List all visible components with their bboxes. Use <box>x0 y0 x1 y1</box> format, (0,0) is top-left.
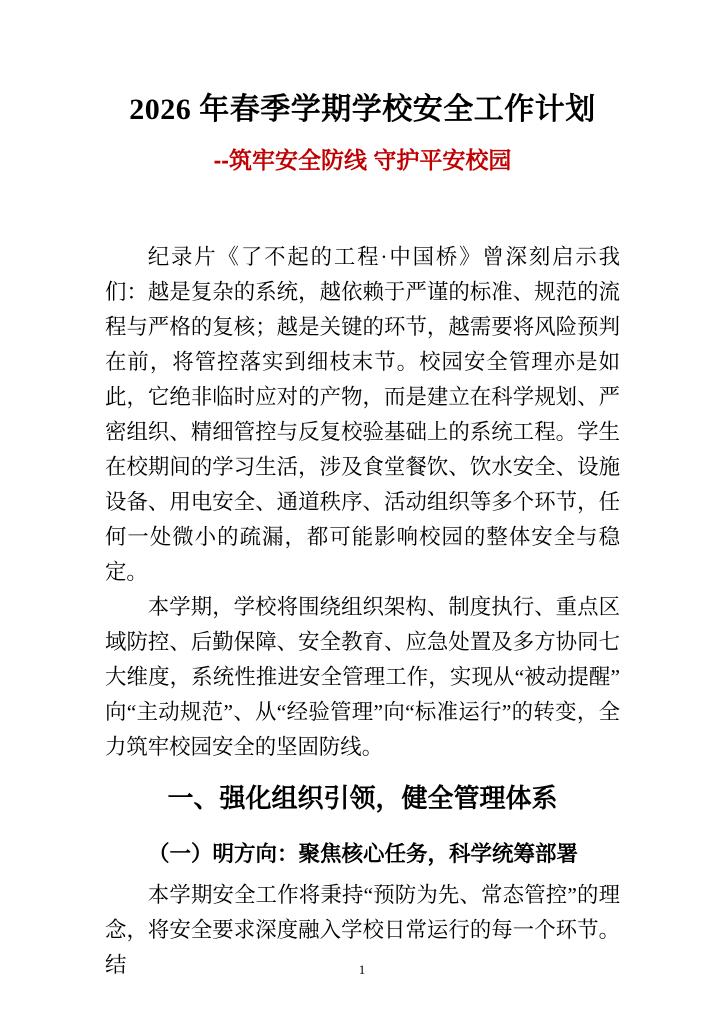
intro-paragraph-1: 纪录片《了不起的工程·中国桥》曾深刻启示我们：越是复杂的系统，越依赖于严谨的标准… <box>105 240 620 590</box>
page-number: 1 <box>0 962 724 978</box>
document-title: 2026 年春季学期学校安全工作计划 <box>105 92 620 128</box>
section-1-subheading: （一）明方向：聚焦核心任务，科学统筹部署 <box>105 837 620 872</box>
intro-paragraph-2: 本学期，学校将围绕组织架构、制度执行、重点区域防控、后勤保障、安全教育、应急处置… <box>105 590 620 765</box>
document-page: 2026 年春季学期学校安全工作计划 --筑牢安全防线 守护平安校园 纪录片《了… <box>0 0 724 1024</box>
section-1-heading: 一、强化组织引领，健全管理体系 <box>105 781 620 817</box>
document-subtitle: --筑牢安全防线 守护平安校园 <box>105 146 620 174</box>
